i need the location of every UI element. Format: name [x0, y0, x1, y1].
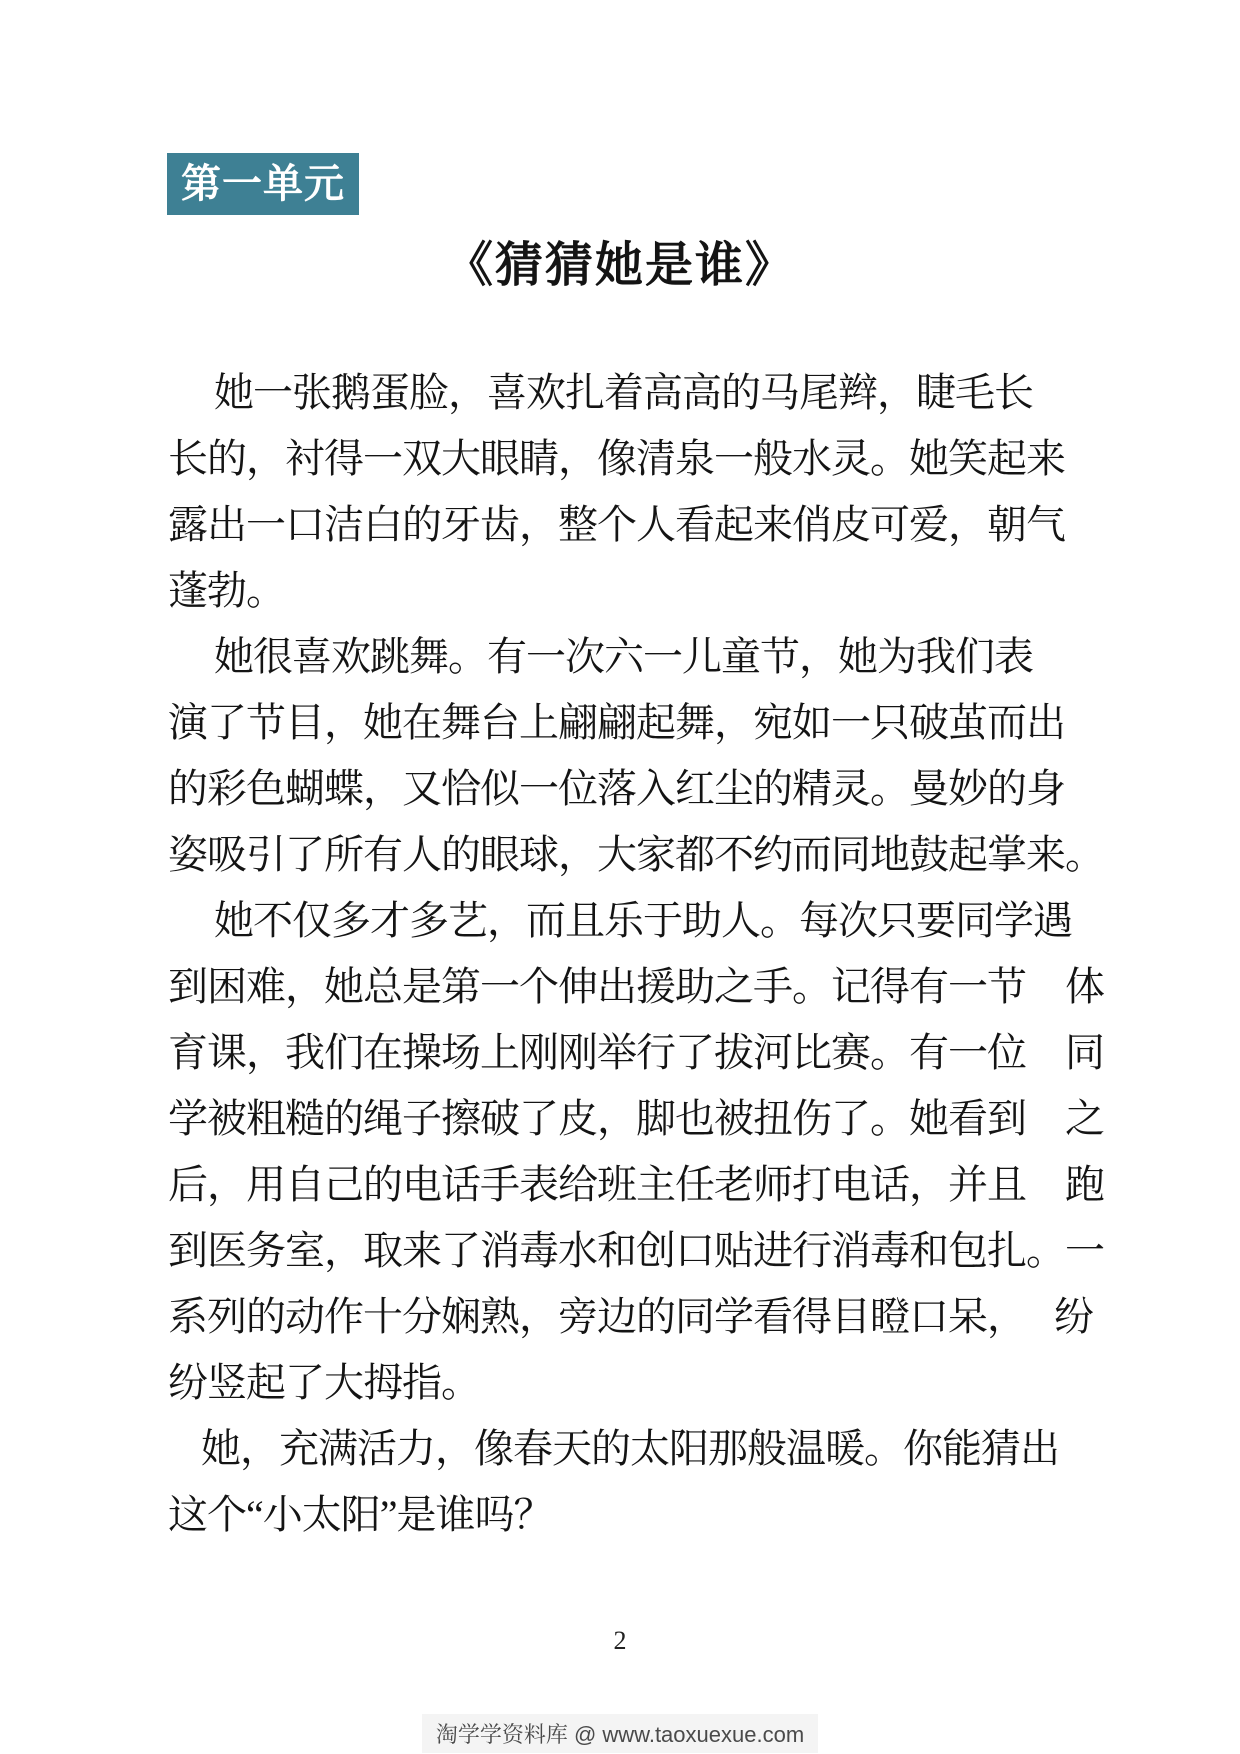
essay-text-line: 她不仅多才多艺，而且乐于助人。每次只要同学遇	[168, 888, 1078, 954]
essay-text-line: 学被粗糙的绳子擦破了皮，脚也被扭伤了。她看到 之	[168, 1086, 1078, 1152]
page-number: 2	[0, 1626, 1240, 1656]
essay-text-line: 她一张鹅蛋脸，喜欢扎着高高的马尾辫，睫毛长	[168, 360, 1078, 426]
unit-badge: 第一单元	[167, 153, 359, 215]
essay-text-line: 演了节目，她在舞台上翩翩起舞，宛如一只破茧而出	[168, 690, 1078, 756]
essay-text-line: 姿吸引了所有人的眼球，大家都不约而同地鼓起掌来。	[168, 822, 1078, 888]
document-page: 第一单元 《猜猜她是谁》 她一张鹅蛋脸，喜欢扎着高高的马尾辫，睫毛长长的，衬得一…	[0, 0, 1240, 1754]
essay-text-line: 系列的动作十分娴熟，旁边的同学看得目瞪口呆， 纷	[168, 1284, 1078, 1350]
essay-text-line: 她，充满活力，像春天的太阳那般温暖。你能猜出	[168, 1416, 1078, 1482]
essay-text-line: 露出一口洁白的牙齿，整个人看起来俏皮可爱，朝气	[168, 492, 1078, 558]
essay-text-line: 这个“小太阳”是谁吗？	[168, 1482, 1078, 1548]
essay-body: 她一张鹅蛋脸，喜欢扎着高高的马尾辫，睫毛长长的，衬得一双大眼睛，像清泉一般水灵。…	[168, 360, 1078, 1548]
essay-title: 《猜猜她是谁》	[0, 226, 1240, 295]
essay-text-line: 长的，衬得一双大眼睛，像清泉一般水灵。她笑起来	[168, 426, 1078, 492]
essay-text-line: 她很喜欢跳舞。有一次六一儿童节，她为我们表	[168, 624, 1078, 690]
essay-text-line: 到医务室，取来了消毒水和创口贴进行消毒和包扎。一	[168, 1218, 1078, 1284]
essay-text-line: 纷竖起了大拇指。	[168, 1350, 1078, 1416]
page-footer: 淘学学资料库 @ www.taoxuexue.com	[0, 1714, 1240, 1753]
essay-text-line: 到困难，她总是第一个伸出援助之手。记得有一节 体	[168, 954, 1078, 1020]
watermark-text: 淘学学资料库 @ www.taoxuexue.com	[422, 1714, 818, 1753]
essay-text-line: 后，用自己的电话手表给班主任老师打电话，并且 跑	[168, 1152, 1078, 1218]
essay-text-line: 育课，我们在操场上刚刚举行了拔河比赛。有一位 同	[168, 1020, 1078, 1086]
essay-text-line: 的彩色蝴蝶，又恰似一位落入红尘的精灵。曼妙的身	[168, 756, 1078, 822]
essay-text-line: 蓬勃。	[168, 558, 1078, 624]
